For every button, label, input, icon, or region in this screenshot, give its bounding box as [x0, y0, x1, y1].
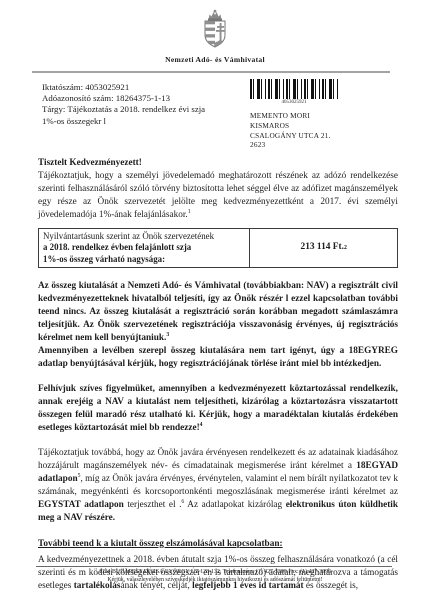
meta-line-iktatoszam: Iktatószám: 4053025921 [42, 82, 205, 93]
amount-table-label-cell: Nyilvántartásunk szerint az Önök szervez… [39, 229, 250, 267]
paragraph-deregistration: Amennyiben a levélben szerepl összeg kiu… [38, 345, 398, 371]
footer-divider [36, 566, 392, 567]
recipient-address: MEMENTO MORI KISMAROS CSALOGÁNY UTCA 21.… [250, 111, 370, 150]
amount-label-line: Nyilvántartásunk szerint az Önök szervez… [43, 231, 245, 242]
recipient-street: CSALOGÁNY UTCA 21. [250, 131, 370, 141]
meta-line-adoazonosito: Adóazonosító szám: 18264375-1-13 [42, 93, 205, 104]
recipient-name: MEMENTO MORI [250, 111, 370, 121]
barcode [250, 79, 338, 99]
meta-line-targy: Tárgy: Tájékoztatás a 2018. rendelkez év… [42, 104, 205, 115]
footer: 1134 BUDAPEST DÓZSA GYÖRGY ÚT 128-132. T… [0, 568, 430, 584]
amount-table: Nyilvántartásunk szerint az Önök szervez… [38, 228, 398, 268]
salutation: Tisztelt Kedvezményezett! [38, 157, 398, 170]
recipient-city: KISMAROS [250, 121, 370, 131]
paragraph-debt-warning: Felhívjuk szíves figyelmüket, amennyiben… [38, 383, 398, 435]
paragraph-payout: Az összeg kiutalását a Nemzeti Adó- és V… [38, 280, 398, 345]
letter-body: Tisztelt Kedvezményezett! Tájékoztatjuk,… [38, 157, 398, 593]
section-heading-accounting: További teend k a kiutalt összeg elszámo… [38, 538, 398, 551]
paragraph-intro: Tájékoztatjuk, hogy a személyi jövedelem… [38, 170, 398, 222]
footer-note: Kérjük, válaszlevelében szíveskedjék ikt… [0, 576, 430, 584]
recipient-zip: 2623 [250, 140, 370, 150]
amount-value: 213 114 Ft. [301, 241, 345, 254]
amount-value-cell: 213 114 Ft.2 [250, 229, 397, 267]
paragraph-data-request: Tájékoztatjuk továbbá, hogy az Önök javá… [38, 447, 398, 525]
org-name: Nemzeti Adó- és Vámhivatal [0, 55, 430, 64]
amount-label-line: 1%-os összeg várható nagysága: [43, 254, 245, 265]
barcode-number: 4053025921 [250, 100, 338, 105]
meta-line-targy-2: 1%-os összegekr l [42, 116, 205, 127]
amount-label-line: a 2018. rendelkez évben felajánlott szja [43, 242, 245, 253]
document-page: Nemzeti Adó- és Vámhivatal Iktatószám: 4… [0, 0, 430, 608]
footer-address-phone: 1134 BUDAPEST DÓZSA GYÖRGY ÚT 128-132. T… [0, 568, 430, 576]
recipient-block: 4053025921 MEMENTO MORI KISMAROS CSALOGÁ… [250, 79, 370, 150]
letter-meta: Iktatószám: 4053025921 Adóazonosító szám… [42, 82, 205, 127]
hungary-coat-of-arms-icon [193, 9, 237, 57]
header-divider [32, 71, 390, 73]
